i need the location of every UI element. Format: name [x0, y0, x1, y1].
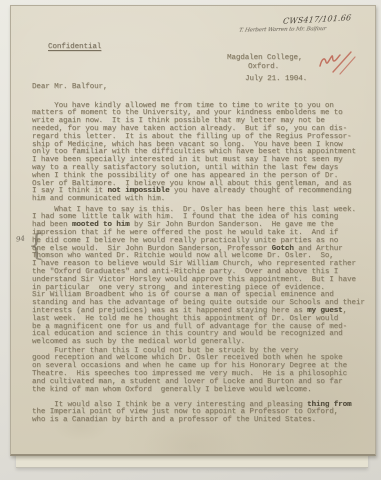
letter-date: July 21. 1904. — [245, 76, 307, 84]
margin-pencil-number: 94 — [15, 234, 25, 243]
letterhead-college: Magdalen College, — [227, 55, 302, 63]
paragraph-1: You have kindly allowed me from time to … — [32, 103, 356, 204]
paragraph-4: It would also I think be a very interest… — [32, 402, 351, 425]
confidential-label: Confidential — [48, 44, 101, 52]
letterhead-city: Oxford. — [248, 64, 279, 72]
archive-reference-number: CWS417/101.66 — [282, 13, 351, 26]
letter-paper: CWS417/101.66 T. Herbert Warren to Mr. B… — [10, 5, 376, 456]
handwritten-attribution: T. Herbert Warren to Mr. Balfour — [238, 26, 326, 34]
margin-brace-mark: { — [28, 229, 45, 264]
scanned-letter-page: CWS417/101.66 T. Herbert Warren to Mr. B… — [0, 0, 381, 480]
paragraph-2: What I have to say is this. Dr. Osler ha… — [32, 207, 365, 347]
paragraph-3: Further than this I could not but be str… — [32, 348, 347, 395]
red-pencil-scribble — [317, 46, 369, 78]
salutation: Dear Mr. Balfour, — [32, 84, 107, 92]
